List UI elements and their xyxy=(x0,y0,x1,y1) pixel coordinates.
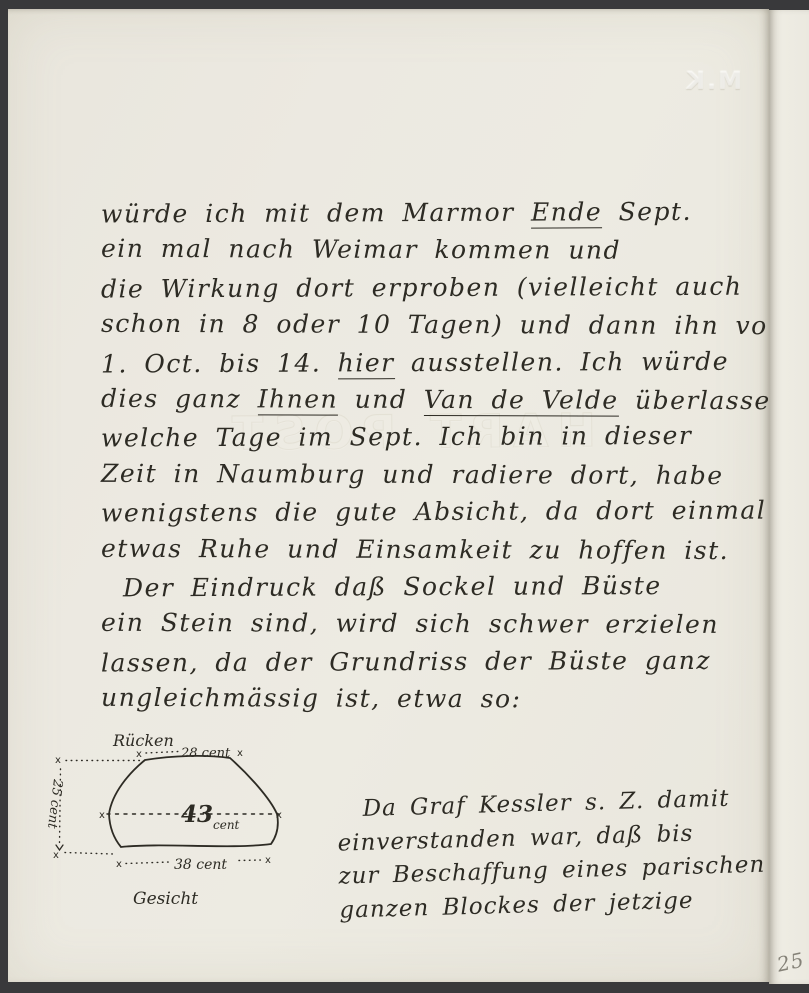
dim-marker-x: x xyxy=(99,810,105,821)
manuscript-line: etwas Ruhe und Einsamkeit zu hoffen ist. xyxy=(101,529,771,569)
handwritten-text: wenigstens die gute Absicht, da dort ein… xyxy=(101,496,766,528)
dim-marker-x: x xyxy=(116,859,122,870)
underlying-page-edge xyxy=(769,10,809,984)
diagram-label-gesicht: Gesicht xyxy=(133,889,198,909)
handwritten-text: überlassen xyxy=(619,386,789,416)
manuscript-line: 1. Oct. bis 14. hier ausstellen. Ich wür… xyxy=(101,342,771,382)
dim-marker-x: x xyxy=(53,850,59,861)
handwritten-text: ein Stein sind, wird sich schwer erziele… xyxy=(101,608,719,639)
dim-dots-left-bottom xyxy=(65,853,113,855)
handwritten-text: dies ganz xyxy=(101,384,258,414)
handwritten-text: einverstanden war, daß bis xyxy=(337,820,693,856)
papermaker-embossed-mark: M.K xyxy=(672,67,742,95)
dim-top-28cent: 28 cent xyxy=(180,746,231,761)
dim-marker-x: x xyxy=(265,855,271,866)
manuscript-line: ein mal nach Weimar kommen und xyxy=(101,230,771,270)
underlined-word: Ende xyxy=(531,197,602,228)
manuscript-line: die Wirkung dort erproben (vielleicht au… xyxy=(101,267,771,307)
handwritten-text: ganzen Blockes der jetzige xyxy=(339,887,694,923)
handwritten-text: etwas Ruhe und Einsamkeit zu hoffen ist. xyxy=(101,533,729,564)
dim-marker-x: x xyxy=(55,755,61,766)
handwritten-text: Da Graf Kessler s. Z. damit xyxy=(362,786,729,822)
dim-bottom-38cent: 38 cent xyxy=(174,857,227,873)
handwritten-text: ein mal nach Weimar kommen und xyxy=(101,234,621,265)
underlined-word: Ihnen xyxy=(258,384,339,415)
manuscript-line: Der Eindruck daß Sockel und Büste xyxy=(101,567,771,607)
dim-marker-x: x xyxy=(237,748,243,759)
dim-left-25cent: 25 cent xyxy=(44,778,65,830)
manuscript-line: würde ich mit dem Marmor Ende Sept. xyxy=(101,193,771,233)
handwritten-text: lassen, da der Grundriss der Büste ganz xyxy=(101,646,711,678)
handwritten-text: ungleichmässig ist, etwa so: xyxy=(101,683,522,713)
ground-plan-sketch: Rücken x 28 cent x x x 43 cent x 38 cent… xyxy=(43,719,305,921)
manuscript-line: ungleichmässig ist, etwa so: xyxy=(101,679,771,719)
dim-dots-bottom-left xyxy=(126,862,170,864)
manuscript-line: schon in 8 oder 10 Tagen) und dann ihn v… xyxy=(101,305,771,345)
underlined-word: hier xyxy=(338,348,395,379)
letter-page: M.K HART POST würde ich mit dem Marmor E… xyxy=(8,9,769,982)
manuscript-line: welche Tage im Sept. Ich bin in dieser xyxy=(101,417,771,457)
handwritten-text: Zeit in Naumburg und radiere dort, habe xyxy=(101,459,724,490)
diagram-label-ruecken: Rücken xyxy=(112,731,174,750)
manuscript-line: lassen, da der Grundriss der Büste ganz xyxy=(101,641,771,681)
dim-dots-top-left xyxy=(146,752,178,754)
handwritten-text: schon in 8 oder 10 Tagen) und dann ihn v… xyxy=(101,309,785,340)
dim-marker-x: x xyxy=(136,749,142,760)
manuscript-line: ein Stein sind, wird sich schwer erziele… xyxy=(101,604,771,644)
manuscript-right-paragraph: Da Graf Kessler s. Z. damiteinverstanden… xyxy=(336,780,809,927)
handwritten-text: die Wirkung dort erproben (vielleicht au… xyxy=(101,271,743,303)
dim-marker-x: x xyxy=(276,810,282,821)
dim-dots-bottom-right xyxy=(239,860,261,861)
handwritten-text: Sept. xyxy=(602,197,692,226)
underlined-word: Van de Velde xyxy=(424,385,619,417)
manuscript-line: dies ganz Ihnen und Van de Velde überlas… xyxy=(101,380,771,420)
dim-middle-43: 43 xyxy=(181,801,213,828)
manuscript-line: Zeit in Naumburg und radiere dort, habe xyxy=(101,455,771,495)
dim-middle-cent: cent xyxy=(213,818,240,832)
handwritten-text: welche Tage im Sept. Ich bin in dieser xyxy=(101,421,692,453)
handwritten-text: ausstellen. Ich würde xyxy=(394,346,729,376)
handwritten-text: 1. Oct. bis 14. xyxy=(101,348,338,378)
handwritten-text: und xyxy=(338,385,424,414)
manuscript-main-paragraphs: würde ich mit dem Marmor Ende Sept.ein m… xyxy=(101,194,771,718)
handwritten-text: Der Eindruck daß Sockel und Büste xyxy=(123,571,662,602)
manuscript-line: wenigstens die gute Absicht, da dort ein… xyxy=(101,492,771,532)
handwritten-text: würde ich mit dem Marmor xyxy=(101,198,531,229)
